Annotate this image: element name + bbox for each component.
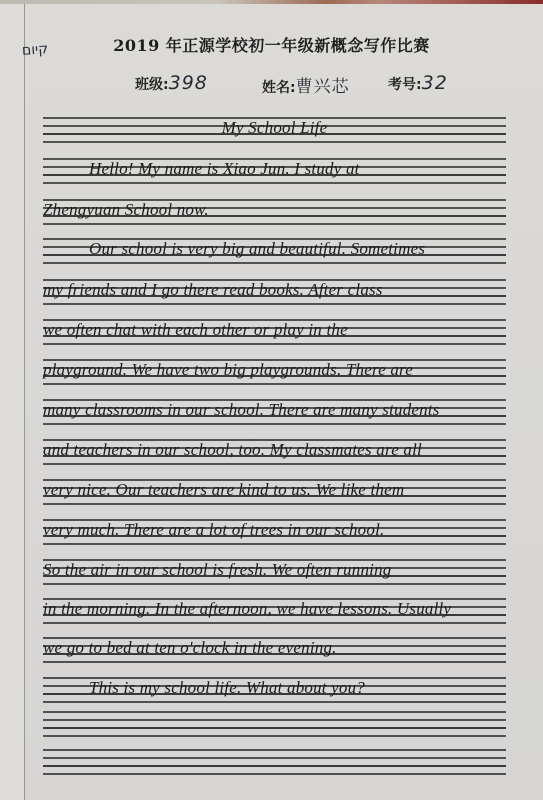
essay-line-text: This is my school life. What about you? <box>43 679 506 697</box>
essay-line: very much. There are a lot of trees in o… <box>43 519 506 551</box>
class-label: 班级: <box>135 77 169 93</box>
essay-line-text: very nice. Our teachers are kind to us. … <box>43 481 506 499</box>
essay-line-text: my friends and I go there read books. Af… <box>43 281 506 299</box>
exam-number-value: 32 <box>422 72 448 94</box>
class-value: 398 <box>169 72 208 94</box>
essay-line-text: we often chat with each other or play in… <box>43 321 506 339</box>
essay-line-text: and teachers in our school, too. My clas… <box>43 441 506 459</box>
essay-line-text: in the morning. In the afternoon, we hav… <box>43 600 506 618</box>
exam-number-field: 考号:32 <box>388 72 448 94</box>
essay-line: many classrooms in our school. There are… <box>43 399 506 431</box>
essay-line-text: many classrooms in our school. There are… <box>43 401 506 419</box>
essay-line: in the morning. In the afternoon, we hav… <box>43 598 506 630</box>
name-value: 曹兴芯 <box>296 77 350 97</box>
exam-number-label: 考号: <box>388 77 422 93</box>
essay-line-empty <box>43 711 506 743</box>
competition-title: 2019 年正源学校初一年级新概念写作比赛 <box>0 33 543 56</box>
essay-line-empty <box>43 749 506 781</box>
essay-line-text: playground. We have two big playgrounds.… <box>43 361 506 379</box>
class-field: 班级:398 <box>135 72 208 94</box>
essay-line-text: we go to bed at ten o'clock in the eveni… <box>43 639 506 657</box>
essay-heading-row: My School Life <box>43 117 506 149</box>
essay-line: very nice. Our teachers are kind to us. … <box>43 479 506 511</box>
essay-line: Our school is very big and beautiful. So… <box>43 238 506 270</box>
essay-line: Zhengyuan School now. <box>43 199 506 231</box>
essay-line-text: So the air in our school is fresh. We of… <box>43 561 506 579</box>
essay-line-text: very much. There are a lot of trees in o… <box>43 521 506 539</box>
essay-line-text: Our school is very big and beautiful. So… <box>43 240 506 258</box>
essay-line-text: Zhengyuan School now. <box>43 201 506 219</box>
essay-line: Hello! My name is Xiao Jun. I study at <box>43 158 506 190</box>
essay-line: and teachers in our school, too. My clas… <box>43 439 506 471</box>
essay-heading: My School Life <box>43 119 506 137</box>
essay-line-text: Hello! My name is Xiao Jun. I study at <box>43 160 506 178</box>
essay-line: So the air in our school is fresh. We of… <box>43 559 506 591</box>
student-info: 班级:398 姓名:曹兴芯 考号:32 <box>0 72 543 98</box>
underlying-sheet-edge <box>0 4 25 800</box>
name-label: 姓名: <box>262 80 296 96</box>
essay-line: This is my school life. What about you? <box>43 677 506 709</box>
essay-line: we often chat with each other or play in… <box>43 319 506 351</box>
name-field: 姓名:曹兴芯 <box>262 72 350 97</box>
essay-line: playground. We have two big playgrounds.… <box>43 359 506 391</box>
essay-line: we go to bed at ten o'clock in the eveni… <box>43 637 506 669</box>
essay-line: my friends and I go there read books. Af… <box>43 279 506 311</box>
